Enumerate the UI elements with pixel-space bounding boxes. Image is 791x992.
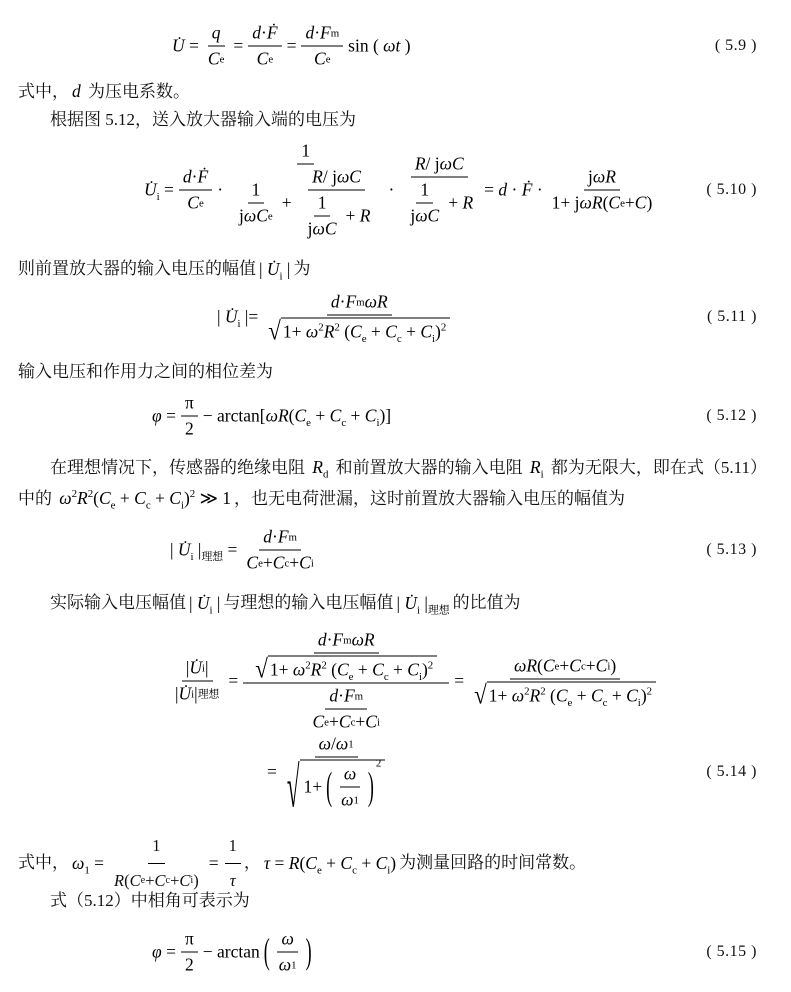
equation-5-14-line2: = ω / ω1 √ 1+ ( ω ω1 )	[0, 738, 791, 806]
equation-5-10: U̇i = d · Ḟ Ce · 1 1 jωCe + R / jωC	[0, 140, 791, 240]
inline-math: ω2R2(Ce + Cc + Ci)2 ≫ 1	[59, 488, 231, 508]
math-token: =	[267, 762, 277, 783]
radical-sign: √	[287, 765, 300, 814]
text: 为测量回路的时间常数。	[399, 848, 586, 878]
math-token: φ =	[152, 406, 176, 427]
inline-math: Rd	[312, 457, 328, 477]
fraction: R / jωC 1 jωC + R	[399, 154, 479, 227]
equation-body: | U̇i | | U̇i |理想 = d · FmωR √ 1+ ω2R2 (…	[168, 630, 664, 733]
equation-5-12: φ = π 2 − arctan[ωR(Ce + Cc + Ci)] ( 5.1…	[0, 392, 791, 440]
text: 式（5.12）中相角可表示为	[50, 891, 250, 910]
numerator: q	[208, 23, 225, 47]
denominator: jωCe	[235, 204, 277, 227]
equation-5-9: U̇ = q Ce = d · Ḟ Ce = d · Fm Ce sin ( ω…	[0, 14, 791, 78]
math-token: = d · Ḟ ·	[484, 180, 542, 201]
denominator: Ce	[204, 47, 229, 70]
math-token: =	[228, 671, 238, 692]
paragraph-preamp-voltage: 则前置放大器的输入电压的幅值 | U̇i | 为	[18, 252, 769, 286]
numerator: ωR(Ce + Cc + Ci)	[510, 656, 620, 680]
fraction: 1 1 jωCe + R / jωC 1 jωC	[228, 141, 383, 240]
text: 式中，	[18, 82, 69, 101]
fraction: d · FmωR √ 1+ ω2R2 (Ce + Cc + Ci)2	[263, 292, 455, 343]
math-token: + R	[448, 193, 473, 214]
equation-5-11: | U̇i |= d · FmωR √ 1+ ω2R2 (Ce + Cc + C…	[0, 288, 791, 346]
math-token: +	[282, 193, 292, 214]
equation-number: ( 5.11 )	[707, 308, 757, 326]
text: 实际输入电压幅值	[50, 588, 186, 618]
fraction: ω ω1	[337, 764, 363, 811]
denominator: √ 1+ ω2R2 (Ce + Cc + Ci)2	[263, 316, 455, 343]
equation-5-13: | U̇i |理想 = d · Fm Ce + Cc + Ci ( 5.13 )	[0, 522, 791, 578]
equation-number: ( 5.13 )	[706, 541, 757, 559]
denominator: √ 1+ ω2R2 (Ce + Cc + Ci)2	[250, 654, 442, 681]
numerator: ω / ω1	[315, 734, 358, 758]
equation-body: | U̇i |理想 = d · Fm Ce + Cc + Ci	[168, 527, 321, 574]
numerator: 1	[416, 180, 433, 204]
math-token: =	[454, 671, 464, 692]
math-token: sin ( ωt )	[348, 36, 410, 57]
fraction: d · FmωR √ 1+ ω2R2 (Ce + Cc + Ci)2	[250, 630, 442, 681]
math-token: =	[233, 36, 243, 57]
denominator: √ 1+ ( ω ω1 ) 2	[282, 758, 390, 811]
numerator: d · FmωR	[327, 292, 392, 316]
denominator: d · Fm Ce + Cc + Ci	[301, 684, 390, 733]
numerator: jωR	[584, 167, 620, 191]
numerator: 1	[314, 193, 331, 217]
text: ，	[244, 848, 261, 878]
radicand: 1+ ω2R2 (Ce + Cc + Ci)2	[281, 318, 450, 343]
radicand: 1+ ω2R2 (Ce + Cc + Ci)2	[487, 682, 656, 707]
numerator: 1	[225, 831, 241, 864]
paragraph-omega1-definition: 式中， ω1 = 1 R(Ce + Cc + Ci) = 1 τ ， τ = R…	[18, 834, 769, 892]
fraction: 1 jωCe	[235, 180, 277, 227]
square-root: √ 1+ ω2R2 (Ce + Cc + Ci)2	[474, 682, 656, 707]
equation-body: U̇ = q Ce = d · Ḟ Ce = d · Fm Ce sin ( ω…	[170, 23, 413, 70]
equation-body: U̇i = d · Ḟ Ce · 1 1 jωCe + R / jωC	[142, 141, 659, 240]
denominator: Ce + Cc + Ci	[242, 551, 317, 574]
inline-math: =	[209, 848, 219, 878]
square-root: √ 1+ ( ω ω1 ) 2	[287, 760, 385, 811]
left-paren: (	[264, 931, 270, 973]
math-token: + R	[346, 206, 371, 227]
fraction: 1 jωC	[406, 180, 443, 227]
fraction: ω / ω1 √ 1+ ( ω ω1 ) 2	[282, 734, 390, 811]
denominator: ω1	[275, 953, 301, 976]
numerator: ω	[340, 764, 360, 788]
inline-math: | U̇i |	[189, 588, 220, 618]
numerator: 1	[148, 831, 164, 864]
math-token: U̇ =	[172, 36, 199, 57]
equation-body: | U̇i |= d · FmωR √ 1+ ω2R2 (Ce + Cc + C…	[215, 292, 458, 343]
equation-body: φ = π 2 − arctan[ωR(Ce + Cc + Ci)]	[150, 393, 393, 440]
fraction: d · Ḟ Ce	[179, 167, 212, 214]
denominator: 2	[181, 417, 198, 440]
equation-body: φ = π 2 − arctan ( ω ω1 )	[150, 929, 314, 976]
radical-sign: √	[255, 658, 268, 680]
left-paren: (	[326, 764, 332, 810]
denominator: Ce	[310, 47, 335, 70]
denominator: ω1	[337, 788, 363, 811]
text: 的比值为	[453, 588, 521, 618]
numerator: π	[181, 393, 198, 417]
numerator: d · Fm	[325, 686, 367, 710]
denominator: jωC	[406, 204, 443, 227]
math-token: φ =	[152, 942, 176, 963]
denominator: 2	[181, 953, 198, 976]
math-token: − arctan	[203, 942, 260, 963]
fraction: ωR(Ce + Cc + Ci) √ 1+ ω2R2 (Ce + Cc + Ci…	[469, 656, 661, 707]
document-page: U̇ = q Ce = d · Ḟ Ce = d · Fm Ce sin ( ω…	[0, 0, 791, 992]
fraction: R / jωC 1 jωC + R	[297, 167, 377, 240]
equation-number: ( 5.9 )	[715, 37, 757, 55]
paragraph-ideal-condition: 在理想情况下，传感器的绝缘电阻 Rd 和前置放大器的输入电阻 Ri 都为无限大，…	[18, 452, 769, 514]
inline-math: τ = R(Ce + Cc + Ci)	[264, 848, 396, 878]
paragraph-ref-fig-512: 根据图 5.12，送入放大器输入端的电压为	[18, 105, 769, 135]
denominator: 1 jωC + R	[297, 191, 377, 240]
text: ，也无电荷泄漏，这时前置放大器输入电压的幅值为	[234, 489, 625, 508]
text: 与理想的输入电压幅值	[223, 588, 393, 618]
text: 为压电系数。	[84, 82, 190, 101]
equation-number: ( 5.12 )	[706, 407, 757, 425]
math-token: | U̇i |理想 =	[170, 540, 237, 561]
numerator: d · Ḟ	[248, 23, 281, 47]
denominator: 1+ jωR(Ce + C)	[548, 191, 657, 214]
equation-body: = ω / ω1 √ 1+ ( ω ω1 )	[265, 734, 393, 811]
fraction: q Ce	[204, 23, 229, 70]
inline-math: | U̇i |理想	[396, 588, 449, 618]
inline-math: Ri	[530, 457, 544, 477]
denominator: | U̇i |理想	[171, 682, 223, 705]
fraction: | U̇i | | U̇i |理想	[171, 658, 223, 705]
radicand: 1+ ( ω ω1 ) 2	[300, 760, 386, 811]
math-token: | U̇i |=	[217, 307, 258, 328]
paragraph-ratio-intro: 实际输入电压幅值 | U̇i | 与理想的输入电压幅值 | U̇i |理想 的比…	[18, 586, 769, 620]
fraction: d · Fm Ce	[301, 23, 343, 70]
numerator: ω	[277, 929, 297, 953]
equation-5-15: φ = π 2 − arctan ( ω ω1 ) ( 5.15 )	[0, 922, 791, 982]
denominator: Ce	[183, 191, 208, 214]
paragraph-phase-angle-intro: 式（5.12）中相角可表示为	[18, 886, 769, 916]
inline-math: ω1 =	[72, 848, 104, 878]
square-root: √ 1+ ω2R2 (Ce + Cc + Ci)2	[268, 318, 450, 343]
fraction: d · Fm Ce + Cc + Ci	[242, 527, 317, 574]
denominator: 1 jωCe + R / jωC 1 jωC + R	[228, 165, 383, 240]
fraction: d · FmωR √ 1+ ω2R2 (Ce + Cc + Ci)2 d · F…	[243, 630, 449, 733]
inline-math: | U̇i |	[259, 254, 290, 284]
fraction: d · Fm Ce + Cc + Ci	[308, 686, 383, 733]
fraction: ω ω1	[275, 929, 301, 976]
math-token: =	[287, 36, 297, 57]
text: 为	[293, 254, 310, 284]
denominator: 1 jωC + R	[399, 178, 479, 227]
text: 和前置放大器的输入电阻	[331, 458, 527, 477]
numerator: d · Ḟ	[179, 167, 212, 191]
denominator: √ 1+ ω2R2 (Ce + Cc + Ci)2	[469, 680, 661, 707]
fraction: 1 jωC	[304, 193, 341, 240]
paragraph-phase-difference: 输入电压和作用力之间的相位差为	[18, 357, 769, 387]
text: 则前置放大器的输入电压的幅值	[18, 254, 256, 284]
radical-sign: √	[268, 320, 281, 342]
denominator: Ce	[253, 47, 278, 70]
numerator: | U̇i |	[182, 658, 213, 682]
numerator: 1	[297, 141, 314, 165]
denominator: jωC	[304, 217, 341, 240]
fraction: π 2	[181, 393, 198, 440]
inline-math: d	[72, 81, 81, 101]
right-paren: )	[306, 931, 312, 973]
fraction: jωR 1+ jωR(Ce + C)	[548, 167, 657, 214]
numerator: R / jωC	[411, 154, 468, 178]
text: 根据图 5.12，送入放大器输入端的电压为	[50, 110, 356, 129]
equation-number: ( 5.10 )	[706, 181, 757, 199]
numerator: d · Fm	[301, 23, 343, 47]
right-paren: )	[368, 764, 374, 810]
paragraph-piezo-coefficient: 式中，d 为压电系数。	[18, 76, 769, 107]
denominator: Ce + Cc + Ci	[308, 710, 383, 733]
square-root: √ 1+ ω2R2 (Ce + Cc + Ci)2	[255, 656, 437, 681]
fraction: d · Ḟ Ce	[248, 23, 281, 70]
math-token: ·	[388, 180, 394, 201]
text: 式中，	[18, 848, 69, 878]
fraction: π 2	[181, 929, 198, 976]
text: 在理想情况下，传感器的绝缘电阻	[50, 458, 309, 477]
math-token: 1+	[304, 777, 323, 798]
radicand: 1+ ω2R2 (Ce + Cc + Ci)2	[268, 656, 437, 681]
equation-number: ( 5.15 )	[706, 943, 757, 961]
numerator: π	[181, 929, 198, 953]
radical-sign: √	[474, 684, 487, 706]
numerator: d · FmωR √ 1+ ω2R2 (Ce + Cc + Ci)2	[243, 630, 449, 684]
math-token: U̇i =	[144, 180, 174, 201]
equation-number: ( 5.14 )	[706, 763, 757, 781]
equation-5-14-line1: | U̇i | | U̇i |理想 = d · FmωR √ 1+ ω2R2 (…	[0, 626, 791, 736]
math-token: − arctan[ωR(Ce + Cc + Ci)]	[203, 406, 391, 427]
numerator: d · Fm	[259, 527, 301, 551]
numerator: d · FmωR	[314, 630, 379, 654]
text: 输入电压和作用力之间的相位差为	[18, 362, 273, 381]
numerator: R / jωC	[308, 167, 365, 191]
numerator: 1	[248, 180, 265, 204]
math-token: ·	[217, 180, 223, 201]
